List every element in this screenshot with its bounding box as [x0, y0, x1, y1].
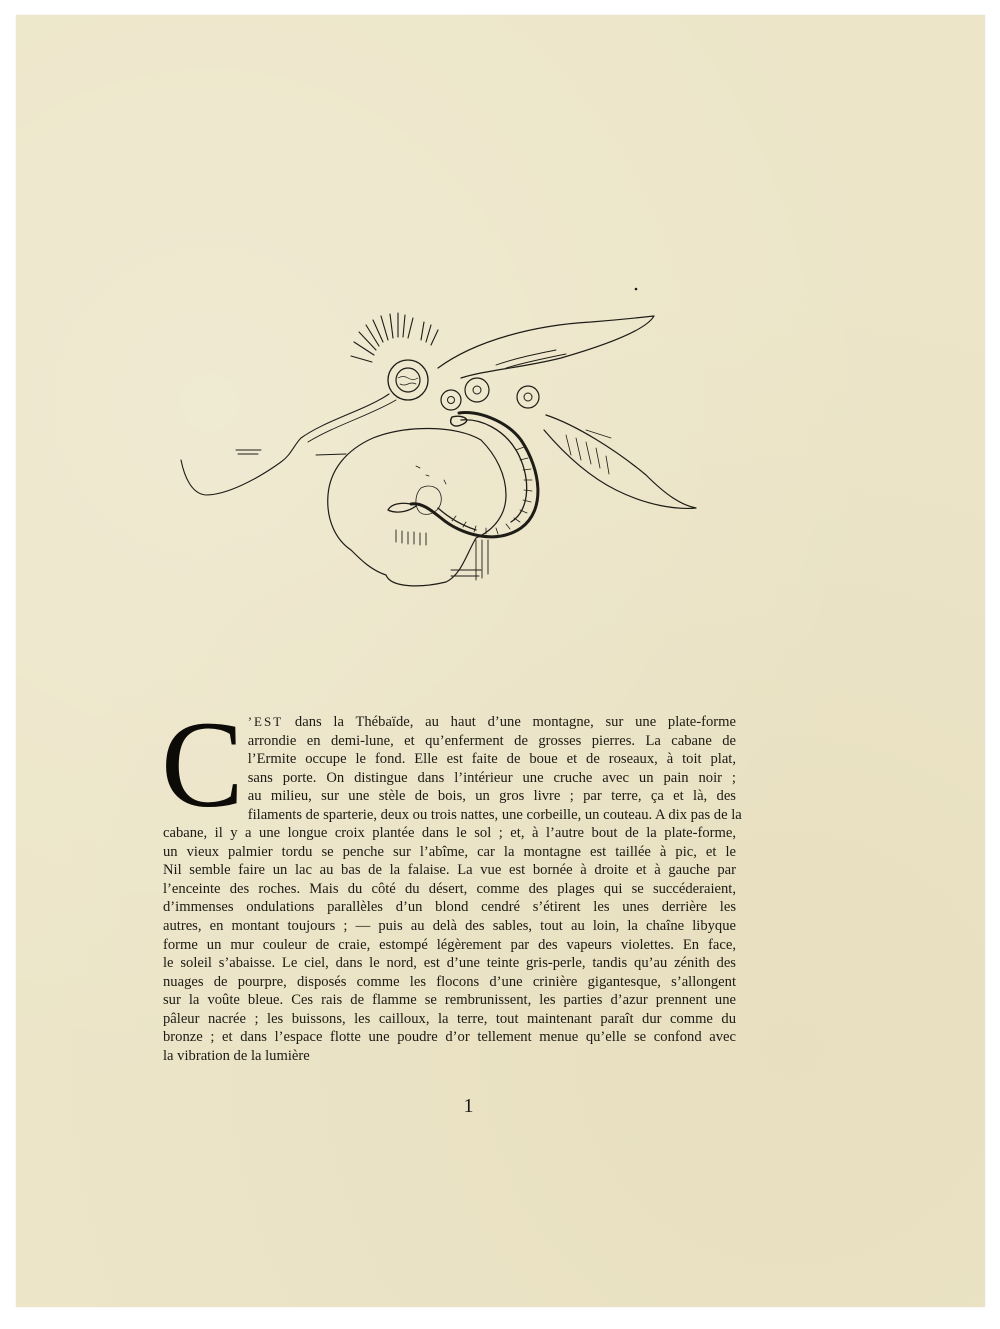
text-line: d’immenses ondulations parallèles d’un b…	[163, 898, 736, 917]
drop-cap: C	[161, 721, 244, 813]
text-line-fragment: dans la Thébaïde, au haut d’une montagne…	[283, 714, 736, 730]
body-text: C ’EST dans la Thébaïde, au haut d’une m…	[163, 713, 736, 1065]
text-line: la vibration de la lumière	[163, 1047, 736, 1066]
serpent-skull-illustration	[176, 270, 716, 610]
text-line: sur la voûte bleue. Ces rais de flamme s…	[163, 991, 736, 1010]
page-number: 1	[16, 1095, 985, 1118]
text-line: ’EST dans la Thébaïde, au haut d’une mon…	[163, 713, 736, 732]
text-line: l’enceinte des roches. Mais du côté du d…	[163, 880, 736, 899]
text-line: forme un mur couleur de craie, estompé l…	[163, 936, 736, 955]
text-line: cabane, il y a une longue croix plantée …	[163, 824, 736, 843]
text-line: autres, en montant toujours ; — puis au …	[163, 917, 736, 936]
text-line: filaments de sparterie, deux ou trois na…	[163, 806, 736, 825]
text-line: nuages de pourpre, disposés comme les fl…	[163, 973, 736, 992]
page-number-label: 1	[464, 1095, 474, 1117]
text-line: l’Ermite occupe le fond. Elle est faite …	[163, 750, 736, 769]
book-page: C ’EST dans la Thébaïde, au haut d’une m…	[16, 15, 985, 1307]
text-line: bronze ; et dans l’espace flotte une pou…	[163, 1028, 736, 1047]
text-line: arrondie en demi-lune, et qu’enferment d…	[163, 732, 736, 751]
text-line: au milieu, sur une stèle de bois, un gro…	[163, 787, 736, 806]
text-line: sans porte. On distingue dans l’intérieu…	[163, 769, 736, 788]
text-line: Nil semble faire un lac au bas de la fal…	[163, 861, 736, 880]
ink-drawing-icon	[176, 270, 716, 610]
text-line: le soleil s’abaisse. Le ciel, dans le no…	[163, 954, 736, 973]
text-line: un vieux palmier tordu se penche sur l’a…	[163, 843, 736, 862]
first-word-caps: ’EST	[248, 714, 283, 729]
text-line: pâleur nacrée ; les buissons, les caillo…	[163, 1010, 736, 1029]
